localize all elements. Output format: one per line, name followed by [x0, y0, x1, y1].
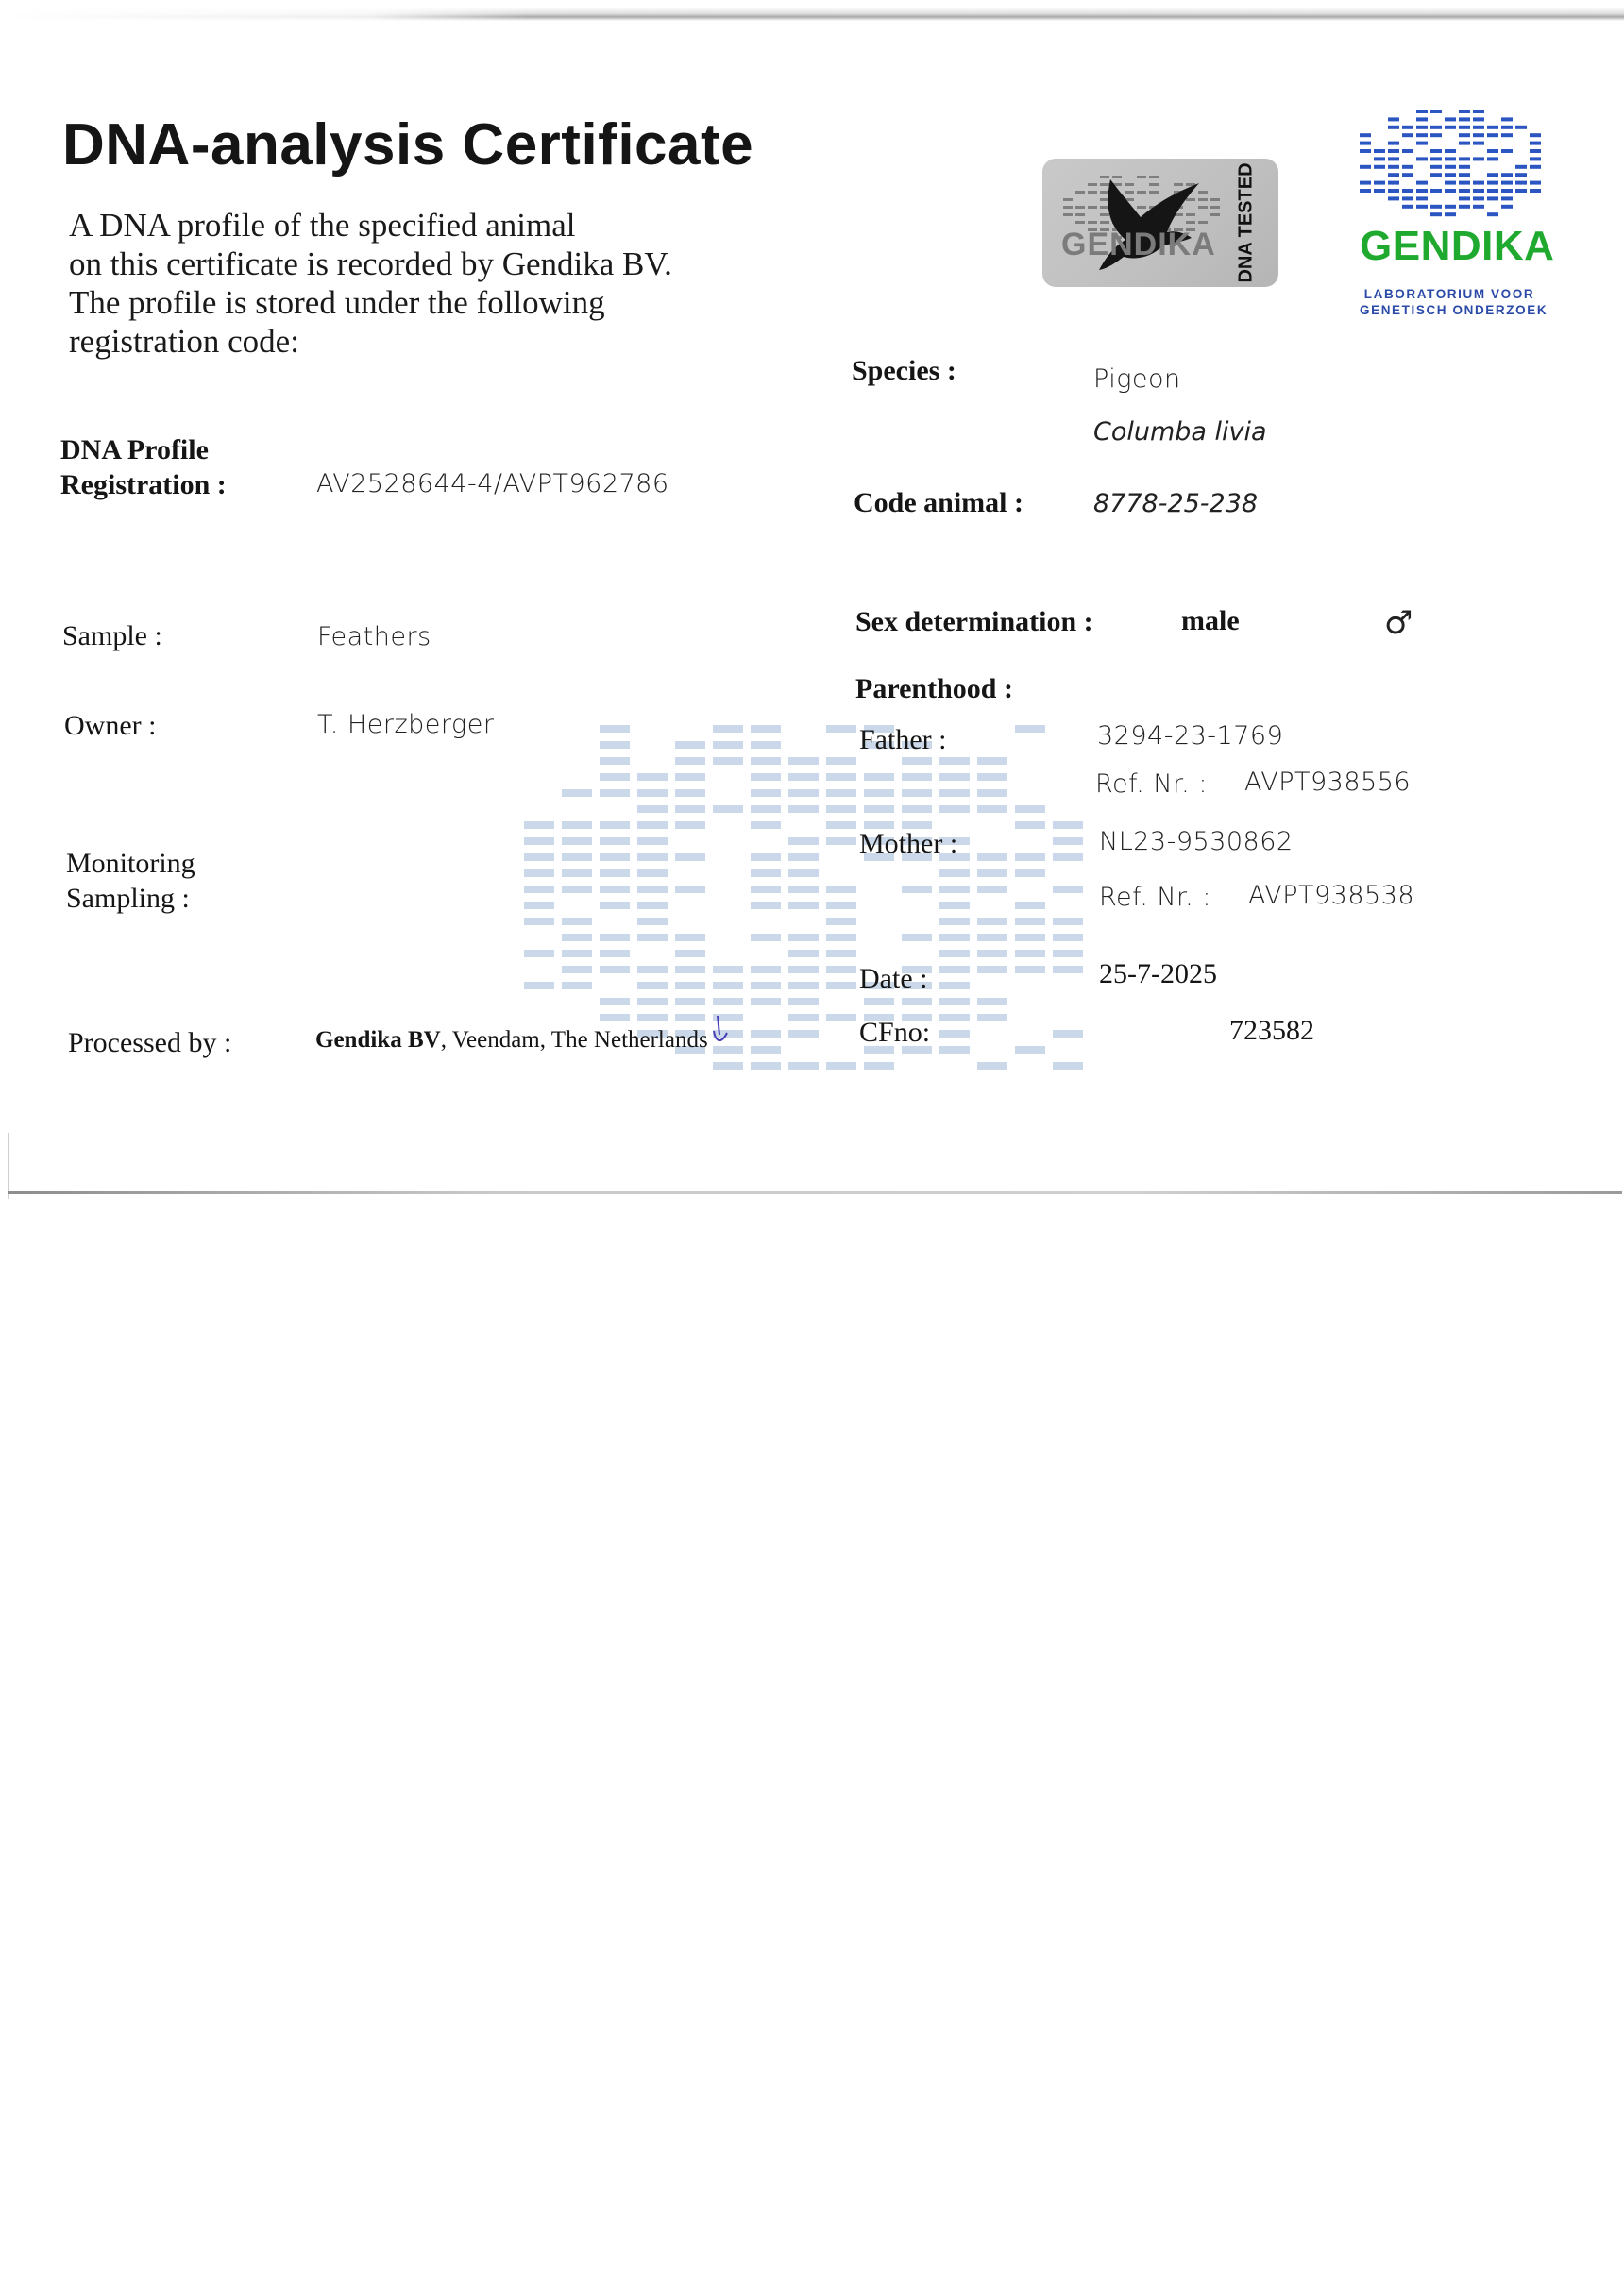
mother-ref-value: AVPT938538: [1248, 881, 1414, 910]
father-ref-value: AVPT938556: [1244, 768, 1411, 797]
date-label: Date :: [859, 963, 927, 995]
processed-by-location: , Veendam, The Netherlands: [441, 1027, 708, 1053]
intro-line: A DNA profile of the specified animal: [69, 206, 672, 245]
father-label: Father :: [859, 724, 946, 756]
sticker-label: DNA TESTED: [1236, 162, 1258, 282]
species-common-name: Pigeon: [1093, 364, 1181, 394]
species-latin-name: Columba livia: [1093, 417, 1267, 447]
cfno-label: CFno:: [859, 1017, 930, 1049]
monitoring-label-line2: Sampling :: [66, 883, 190, 915]
dna-tested-sticker: GENDIKA DNA TESTED: [1042, 159, 1278, 287]
mother-ref-label: Ref. Nr. :: [1099, 883, 1211, 912]
intro-text: A DNA profile of the specified animal on…: [69, 206, 672, 361]
code-animal-label: Code animal :: [854, 487, 1023, 519]
cfno-value: 723582: [1229, 1015, 1314, 1047]
registration-value: AV2528644-4/AVPT962786: [316, 469, 669, 498]
parenthood-label: Parenthood :: [855, 673, 1013, 705]
male-symbol-icon: ♂: [1384, 604, 1413, 642]
pen-mark-icon: [710, 1014, 733, 1048]
father-value: 3294-23-1769: [1097, 721, 1283, 751]
owner-value: T. Herzberger: [317, 710, 494, 739]
code-animal-value: 8778-25-238: [1093, 489, 1258, 518]
monitoring-label-line1: Monitoring: [66, 848, 195, 880]
intro-line: The profile is stored under the followin…: [69, 283, 672, 322]
processed-by-label: Processed by :: [68, 1027, 231, 1059]
processed-by-value: Gendika BV, Veendam, The Netherlands: [315, 1027, 708, 1054]
owner-label: Owner :: [64, 710, 156, 742]
registration-label-line2: Registration :: [60, 469, 227, 501]
species-label: Species :: [852, 355, 956, 387]
scan-edge-bottom: [8, 1191, 1622, 1194]
intro-line: on this certificate is recorded by Gendi…: [69, 245, 672, 283]
mother-value: NL23-9530862: [1099, 827, 1294, 856]
sample-value: Feathers: [317, 622, 431, 651]
sex-label: Sex determination :: [855, 606, 1093, 638]
sex-value: male: [1181, 605, 1240, 637]
scan-edge-left: [8, 1133, 9, 1199]
sample-label: Sample :: [62, 620, 162, 652]
page-title: DNA-analysis Certificate: [62, 111, 753, 178]
scan-edge-fade: [0, 6, 529, 23]
logo-subtitle-line: GENETISCH ONDERZOEK: [1360, 302, 1539, 318]
processed-by-company: Gendika BV: [315, 1027, 441, 1053]
date-value: 25-7-2025: [1099, 958, 1217, 990]
sticker-brand: GENDIKA: [1061, 227, 1216, 263]
mother-label: Mother :: [859, 828, 957, 860]
logo-subtitle: LABORATORIUM VOOR GENETISCH ONDERZOEK: [1360, 286, 1539, 318]
registration-label-line1: DNA Profile: [60, 434, 209, 466]
father-ref-label: Ref. Nr. :: [1095, 769, 1208, 799]
logo-name: GENDIKA: [1360, 223, 1554, 270]
logo-subtitle-line: LABORATORIUM VOOR: [1360, 286, 1539, 302]
intro-line: registration code:: [69, 322, 672, 361]
dna-g-logo-icon: [1360, 110, 1544, 221]
